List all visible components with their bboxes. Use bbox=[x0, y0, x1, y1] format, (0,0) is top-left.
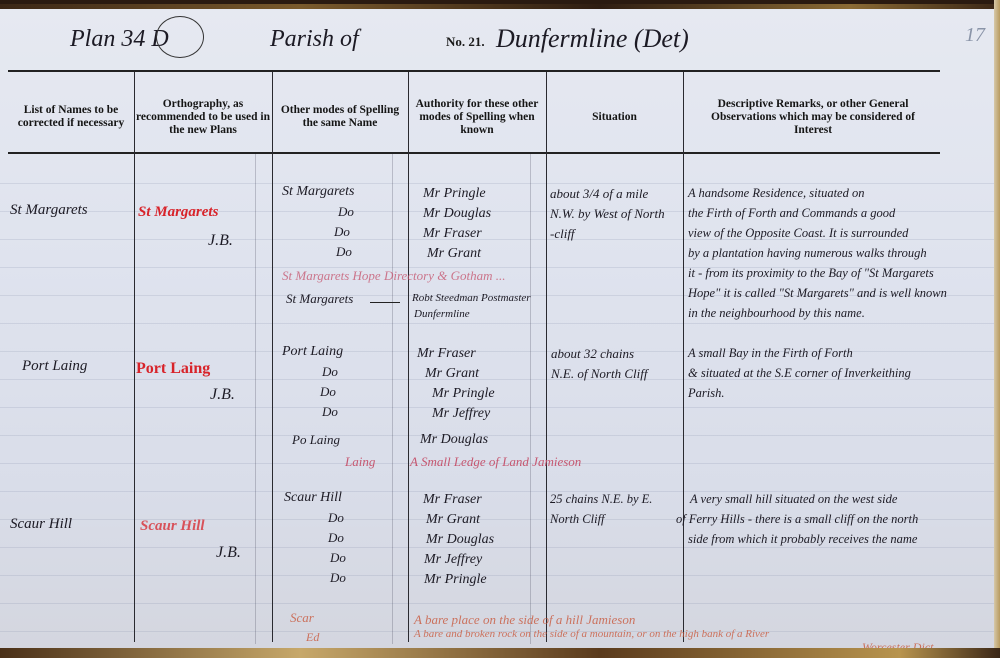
spelling: Do bbox=[322, 364, 338, 380]
entry-orthography: Port Laing bbox=[136, 360, 210, 378]
column-header-authority: Authority for these other modes of Spell… bbox=[408, 80, 546, 154]
entry-initials: J.B. bbox=[210, 386, 235, 404]
spelling: Do bbox=[320, 384, 336, 400]
spelling: Do bbox=[330, 570, 346, 586]
annotation-spelling: Laing bbox=[345, 454, 375, 470]
column-divider bbox=[408, 72, 409, 642]
entry-initials: J.B. bbox=[208, 232, 233, 250]
page-bottom-edge bbox=[0, 648, 1000, 658]
remark-line: side from which it probably receives the… bbox=[688, 532, 917, 547]
remark-line: in the neighbourhood by this name. bbox=[688, 306, 865, 321]
plan-reference: Plan 34 D bbox=[70, 26, 169, 53]
spelling: Do bbox=[328, 530, 344, 546]
remark-line: Hope" it is called "St Margarets" and is… bbox=[688, 286, 947, 301]
spelling: Do bbox=[322, 404, 338, 420]
entry-initials: J.B. bbox=[216, 544, 241, 562]
column-divider bbox=[134, 72, 135, 642]
remark-line: Parish. bbox=[688, 386, 724, 401]
column-header-situation: Situation bbox=[546, 80, 683, 154]
faint-divider bbox=[255, 154, 256, 644]
header-top-rule bbox=[8, 70, 940, 72]
authority: Mr Jeffrey bbox=[424, 552, 482, 568]
authority: Mr Grant bbox=[427, 246, 481, 262]
authority: Mr Douglas bbox=[426, 532, 494, 548]
annotation: A Small Ledge of Land Jamieson bbox=[410, 454, 581, 470]
column-header-orthography: Orthography, as recommended to be used i… bbox=[134, 80, 272, 154]
situation-line: about 3/4 of a mile bbox=[550, 186, 648, 202]
authority: Dunfermline bbox=[414, 308, 470, 320]
column-header-names: List of Names to be corrected if necessa… bbox=[8, 80, 134, 154]
authority: Mr Douglas bbox=[423, 206, 491, 222]
authority: Mr Grant bbox=[426, 512, 480, 528]
remark-line: A handsome Residence, situated on bbox=[688, 186, 864, 201]
authority: Mr Fraser bbox=[417, 346, 476, 362]
dash bbox=[370, 302, 400, 303]
situation-line: 25 chains N.E. by E. bbox=[550, 492, 652, 507]
situation-line: N.W. by West of North bbox=[550, 206, 665, 222]
faint-divider bbox=[392, 154, 393, 644]
spelling: Port Laing bbox=[282, 344, 343, 360]
spelling: Do bbox=[328, 510, 344, 526]
faint-divider bbox=[530, 154, 531, 644]
remark-line: A small Bay in the Firth of Forth bbox=[688, 346, 853, 361]
remark-line: view of the Opposite Coast. It is surrou… bbox=[688, 226, 908, 241]
situation-line: N.E. of North Cliff bbox=[551, 366, 647, 382]
authority: Mr Pringle bbox=[424, 572, 487, 588]
page-right-edge bbox=[994, 0, 1000, 658]
authority: Mr Fraser bbox=[423, 492, 482, 508]
remark-line: the Firth of Forth and Commands a good bbox=[688, 206, 895, 221]
column-header-other-spellings: Other modes of Spelling the same Name bbox=[272, 80, 408, 154]
remark-line: it - from its proximity to the Bay of "S… bbox=[688, 266, 934, 281]
spelling: St Margarets bbox=[286, 291, 353, 307]
column-divider bbox=[272, 72, 273, 642]
parish-name: Dunfermline (Det) bbox=[496, 24, 689, 54]
entry-name: St Margarets bbox=[10, 202, 88, 219]
remark-line: A very small hill situated on the west s… bbox=[690, 492, 897, 507]
annotation-spelling: Ed bbox=[306, 630, 319, 645]
remark-line: & situated at the S.E corner of Inverkei… bbox=[688, 366, 911, 381]
spelling: Do bbox=[330, 550, 346, 566]
page-number: 17 bbox=[965, 24, 985, 47]
entry-name: Port Laing bbox=[22, 358, 87, 375]
name-book-page: Plan 34 D Parish of No. 21. Dunfermline … bbox=[0, 4, 1000, 650]
spelling: Do bbox=[336, 244, 352, 260]
authority: Mr Jeffrey bbox=[432, 406, 490, 422]
authority: Mr Grant bbox=[425, 366, 479, 382]
entry-name: Scaur Hill bbox=[10, 516, 72, 533]
entry-orthography: St Margarets bbox=[138, 204, 218, 221]
spelling: Po Laing bbox=[292, 432, 340, 448]
parish-label: Parish of bbox=[270, 26, 359, 53]
authority: Robt Steedman Postmaster bbox=[412, 292, 531, 304]
situation-line: about 32 chains bbox=[551, 346, 634, 362]
spelling: Do bbox=[338, 204, 354, 220]
column-divider bbox=[546, 72, 547, 642]
page-top-edge bbox=[0, 4, 1000, 9]
plan-circle bbox=[156, 16, 204, 58]
number-label: No. 21. bbox=[446, 34, 485, 50]
annotation: A bare and broken rock on the side of a … bbox=[414, 628, 769, 640]
authority: Mr Pringle bbox=[423, 186, 486, 202]
remark-line: by a plantation having numerous walks th… bbox=[688, 246, 927, 261]
remark-line: of Ferry Hills - there is a small cliff … bbox=[676, 512, 918, 527]
spelling: Scaur Hill bbox=[284, 490, 342, 506]
authority: Mr Fraser bbox=[423, 226, 482, 242]
column-divider bbox=[683, 72, 684, 642]
authority: Mr Pringle bbox=[432, 386, 495, 402]
annotation: St Margarets Hope Directory & Gotham ... bbox=[282, 268, 506, 284]
spelling: Do bbox=[334, 224, 350, 240]
entry-orthography: Scaur Hill bbox=[140, 518, 205, 535]
situation-line: -cliff bbox=[550, 226, 575, 242]
column-header-remarks: Descriptive Remarks, or other General Ob… bbox=[683, 80, 943, 154]
annotation: A bare place on the side of a hill Jamie… bbox=[414, 612, 635, 628]
annotation-spelling: Scar bbox=[290, 610, 314, 626]
authority: Mr Douglas bbox=[420, 432, 488, 448]
situation-line: North Cliff bbox=[550, 512, 605, 527]
spelling: St Margarets bbox=[282, 184, 354, 200]
